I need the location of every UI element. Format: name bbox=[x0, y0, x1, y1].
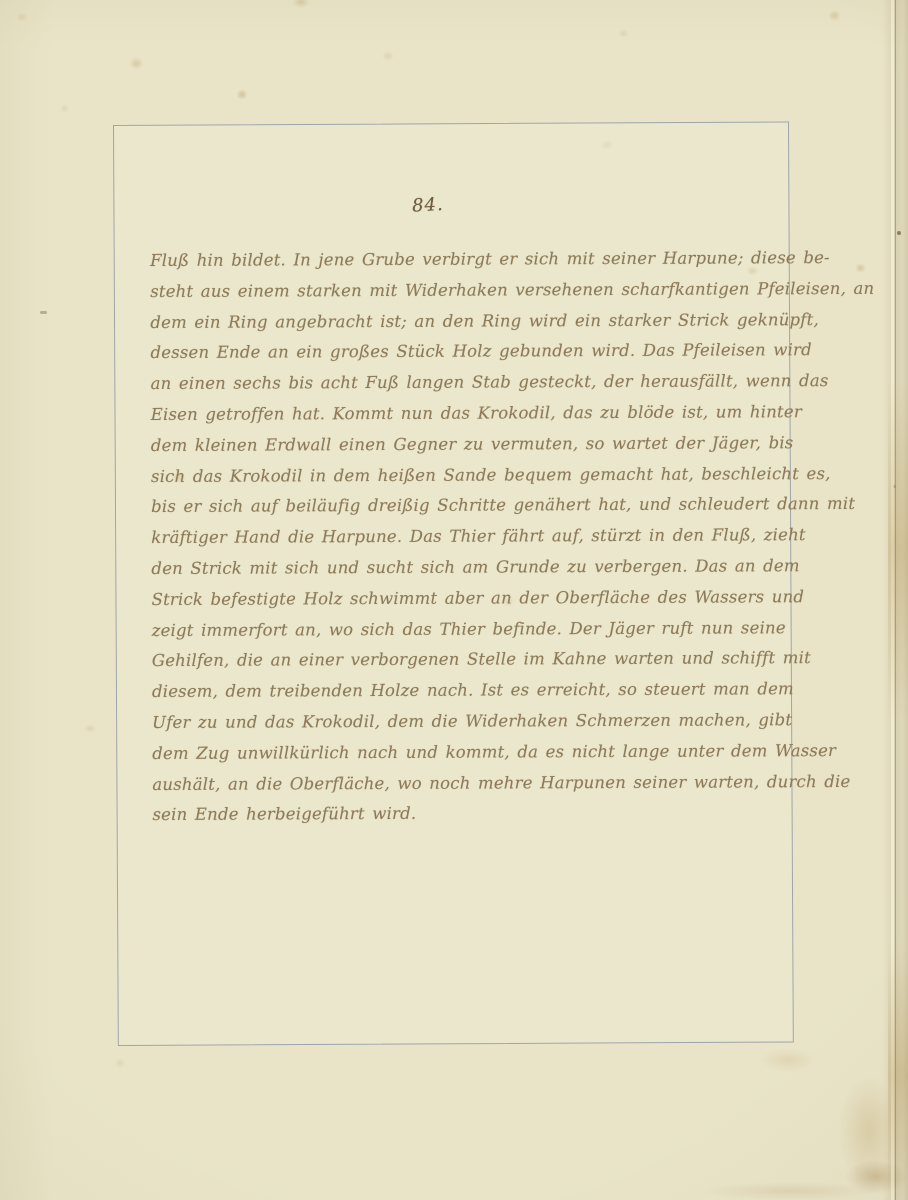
foxing-spot bbox=[618, 29, 629, 38]
manuscript-line: diesem, dem treibenden Holze nach. Ist e… bbox=[152, 675, 754, 708]
foxing-spot bbox=[828, 10, 841, 21]
foxing-spot bbox=[855, 263, 866, 273]
page-number: 84. bbox=[411, 192, 472, 216]
manuscript-line: steht aus einem starken mit Widerhaken v… bbox=[150, 274, 752, 307]
book-page-edge bbox=[882, 0, 908, 1200]
manuscript-line: bis er sich auf beiläufig dreißig Schrit… bbox=[151, 490, 753, 523]
manuscript-line: dem ein Ring angebracht ist; an den Ring… bbox=[150, 305, 752, 338]
manuscript-line: zeigt immerfort an, wo sich das Thier be… bbox=[152, 613, 754, 646]
foxing-spot bbox=[236, 89, 248, 100]
manuscript-line: an einen sechs bis acht Fuß langen Stab … bbox=[151, 367, 753, 400]
foxing-spot bbox=[382, 51, 394, 61]
manuscript-line: dessen Ende an ein großes Stück Holz geb… bbox=[150, 336, 752, 369]
margin-mark bbox=[40, 311, 47, 314]
manuscript-line: Gehilfen, die an einer verborgenen Stell… bbox=[152, 644, 754, 677]
edge-stain bbox=[888, 950, 908, 1200]
manuscript-line: sein Ende herbeigeführt wird. bbox=[152, 798, 754, 831]
manuscript-line: Strick befestigte Holz schwimmt aber an … bbox=[151, 582, 753, 615]
stain bbox=[760, 1048, 815, 1072]
manuscript-line: Eisen getroffen hat. Kommt nun das Kroko… bbox=[151, 397, 753, 430]
foxing-spot bbox=[16, 12, 28, 22]
foxing-spot bbox=[114, 1058, 126, 1068]
manuscript-line: Ufer zu und das Krokodil, dem die Widerh… bbox=[152, 705, 754, 738]
foxing-spot bbox=[60, 104, 70, 113]
manuscript-line: sich das Krokodil in dem heißen Sande be… bbox=[151, 459, 753, 492]
manuscript-line: Fluß hin bildet. In jene Grube verbirgt … bbox=[150, 243, 752, 276]
handwritten-text: Fluß hin bildet. In jene Grube verbirgt … bbox=[150, 243, 755, 831]
manuscript-page: 84. Fluß hin bildet. In jene Grube verbi… bbox=[0, 0, 908, 1200]
edge-stain bbox=[888, 380, 908, 720]
manuscript-line: dem kleinen Erdwall einen Gegner zu verm… bbox=[151, 428, 753, 461]
manuscript-line: den Strick mit sich und sucht sich am Gr… bbox=[151, 551, 753, 584]
stain bbox=[700, 1182, 880, 1200]
foxing-spot bbox=[292, 0, 310, 8]
manuscript-line: dem Zug unwillkürlich nach und kommt, da… bbox=[152, 736, 754, 769]
foxing-spot bbox=[129, 57, 144, 70]
manuscript-line: aushält, an die Oberfläche, wo noch mehr… bbox=[152, 767, 754, 800]
manuscript-line: kräftiger Hand die Harpune. Das Thier fä… bbox=[151, 521, 753, 554]
foxing-spot bbox=[84, 724, 96, 733]
